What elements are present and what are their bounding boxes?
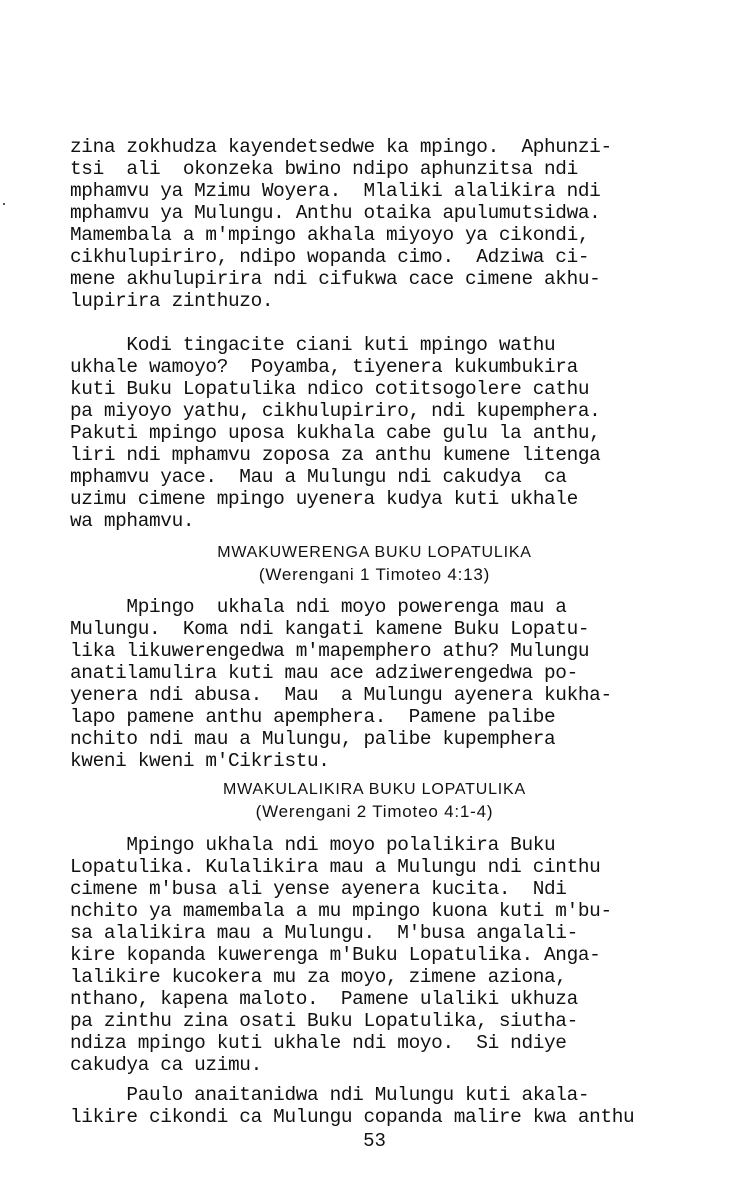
text-line: cikhulupiriro, ndipo wopanda cimo. Adziw…: [70, 246, 589, 268]
text-line: nchito ya mamembala a mu mpingo kuona ku…: [70, 900, 612, 922]
text-line: Mpingo ukhala ndi moyo polalikira Buku: [70, 834, 555, 856]
text-line: ndiza mpingo kuti ukhale ndi moyo. Si nd…: [70, 1032, 567, 1054]
book-page: zina zokhudza kayendetsedwe ka mpingo. A…: [0, 0, 749, 1189]
text-line: anatilamulira kuti mau ace adziwerengedw…: [70, 662, 578, 684]
text-line: Mamembala a m'mpingo akhala miyoyo ya ci…: [70, 224, 589, 246]
text-line: tsi ali okonzeka bwino ndipo aphunzitsa …: [70, 158, 578, 180]
text-line: zina zokhudza kayendetsedwe ka mpingo. A…: [70, 136, 612, 158]
page-number: 53: [0, 1130, 749, 1152]
text-line: kweni kweni m'Cikristu.: [70, 750, 330, 772]
scripture-reference: (Werengani 2 Timoteo 4:1-4): [0, 802, 749, 822]
text-line: nchito ndi mau a Mulungu, palibe kupemph…: [70, 728, 555, 750]
text-line: likire cikondi ca Mulungu copanda malire…: [70, 1106, 634, 1128]
text-line: Mpingo ukhala ndi moyo powerenga mau a: [70, 596, 567, 618]
text-line: mene akhulupirira ndi cifukwa cace cimen…: [70, 268, 600, 290]
text-line: yenera ndi abusa. Mau a Mulungu ayenera …: [70, 684, 612, 706]
text-line: sa alalikira mau a Mulungu. M'busa angal…: [70, 922, 578, 944]
text-line: wa mphamvu.: [70, 510, 194, 532]
scripture-reference: (Werengani 1 Timoteo 4:13): [0, 565, 749, 585]
section-heading: MWAKUWERENGA BUKU LOPATULIKA: [0, 543, 749, 563]
text-line: Kodi tingacite ciani kuti mpingo wathu: [70, 334, 555, 356]
text-line: pa zinthu zina osati Buku Lopatulika, si…: [70, 1010, 578, 1032]
text-line: lapo pamene anthu apemphera. Pamene pali…: [70, 706, 555, 728]
text-line: cakudya ca uzimu.: [70, 1054, 262, 1076]
text-line: kuti Buku Lopatulika ndico cotitsogolere…: [70, 378, 589, 400]
text-line: cimene m'busa ali yense ayenera kucita. …: [70, 878, 567, 900]
text-line: kire kopanda kuwerenga m'Buku Lopatulika…: [70, 944, 600, 966]
text-line: Paulo anaitanidwa ndi Mulungu kuti akala…: [70, 1084, 589, 1106]
text-line: Pakuti mpingo uposa kukhala cabe gulu la…: [70, 422, 600, 444]
text-line: mphamvu yace. Mau a Mulungu ndi cakudya …: [70, 466, 567, 488]
text-line: mphamvu ya Mulungu. Anthu otaika apulumu…: [70, 202, 600, 224]
text-line: nthano, kapena maloto. Pamene ulaliki uk…: [70, 988, 578, 1010]
section-heading: MWAKULALIKIRA BUKU LOPATULIKA: [0, 780, 749, 800]
scan-speck: [3, 203, 5, 205]
text-line: Lopatulika. Kulalikira mau a Mulungu ndi…: [70, 856, 600, 878]
text-line: ukhale wamoyo? Poyamba, tiyenera kukumbu…: [70, 356, 578, 378]
text-line: Mulungu. Koma ndi kangati kamene Buku Lo…: [70, 618, 589, 640]
text-line: pa miyoyo yathu, cikhulupiriro, ndi kupe…: [70, 400, 600, 422]
text-line: uzimu cimene mpingo uyenera kudya kuti u…: [70, 488, 578, 510]
text-line: liri ndi mphamvu zoposa za anthu kumene …: [70, 444, 600, 466]
text-line: mphamvu ya Mzimu Woyera. Mlaliki alaliki…: [70, 180, 600, 202]
text-line: lika likuwerengedwa m'mapemphero athu? M…: [70, 640, 589, 662]
text-line: lupirira zinthuzo.: [70, 290, 273, 312]
text-line: lalikire kucokera mu za moyo, zimene azi…: [70, 966, 567, 988]
